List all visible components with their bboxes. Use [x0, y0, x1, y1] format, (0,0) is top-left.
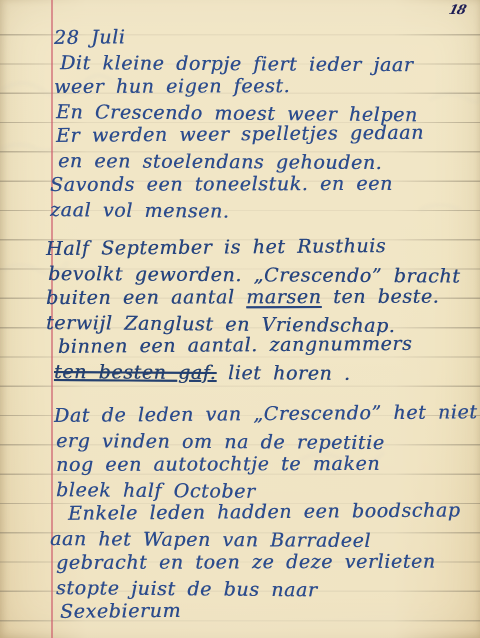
handwritten-text: aan het Wapen van Barradeel — [50, 528, 371, 552]
handwritten-text: Dit kleine dorpje fiert ieder jaar — [60, 52, 414, 76]
handwritten-line: Savonds een toneelstuk. en een — [46, 171, 476, 197]
handwriting-content: 28 JuliDit kleine dorpje fiert ieder jaa… — [46, 26, 476, 638]
handwritten-text: nog een autotochtje te maken — [56, 453, 380, 476]
handwritten-line: Sexebierum — [46, 596, 476, 624]
handwritten-text: en een stoelendans gehouden. — [58, 150, 382, 174]
handwritten-text: Dat de leden van „Crescendo” het niet — [54, 401, 478, 427]
handwritten-line: buiten een aantal marsen ten beste. — [46, 284, 476, 310]
handwritten-text: ten beste. — [321, 286, 439, 308]
handwritten-text: 28 Juli — [54, 26, 126, 49]
handwritten-line: Enkele leden hadden een boodschap — [46, 498, 476, 526]
struck-out-text: ten besten gaf. — [54, 361, 216, 384]
handwritten-text: Savonds een toneelstuk. en een — [50, 173, 393, 196]
handwritten-line: gebracht en toen ze deze verlieten — [46, 549, 476, 575]
paragraph-p3: Dat de leden van „Crescendo” het nieterg… — [46, 404, 476, 625]
underlined-text: marsen — [246, 286, 321, 308]
handwritten-line: weer hun eigen feest. — [46, 73, 476, 99]
paragraph-p2: Half September is het Rusthuisbevolkt ge… — [46, 237, 476, 384]
handwritten-text: bevolkt geworden. „Crescendo” bracht — [48, 263, 461, 288]
handwritten-line: zaal vol mensen. — [46, 198, 476, 226]
handwritten-text: Er werden weer spelletjes gedaan — [56, 122, 424, 147]
handwritten-line: Half September is het Rusthuis — [46, 233, 476, 261]
notebook-page: 18 28 JuliDit kleine dorpje fiert ieder … — [0, 0, 480, 638]
handwritten-text: binnen een aantal. zangnummers — [58, 333, 413, 358]
handwritten-line: Dat de leden van „Crescendo” het niet — [46, 400, 476, 428]
handwritten-line: 28 Juli — [46, 22, 476, 50]
handwritten-text: Sexebierum — [60, 600, 181, 623]
handwritten-line: nog een autotochtje te maken — [46, 451, 476, 477]
handwritten-text: bleek half October — [56, 479, 256, 503]
handwritten-text: Enkele leden hadden een boodschap — [68, 499, 461, 524]
handwritten-text: gebracht en toen ze deze verlieten — [56, 551, 436, 574]
handwritten-text: Half September is het Rusthuis — [46, 235, 386, 260]
handwritten-text: liet horen . — [216, 362, 350, 385]
handwritten-text: weer hun eigen feest. — [54, 75, 290, 98]
handwritten-line: ten besten gaf. liet horen . — [46, 360, 476, 387]
handwritten-line: Er werden weer spelletjes gedaan — [46, 120, 476, 148]
handwritten-text: erg vinden om na de repetitie — [56, 430, 385, 454]
handwritten-text: zaal vol mensen. — [50, 199, 230, 223]
handwritten-line: binnen een aantal. zangnummers — [46, 331, 476, 359]
paragraph-p1: 28 JuliDit kleine dorpje fiert ieder jaa… — [46, 26, 476, 222]
handwritten-text: buiten een aantal — [46, 286, 246, 309]
